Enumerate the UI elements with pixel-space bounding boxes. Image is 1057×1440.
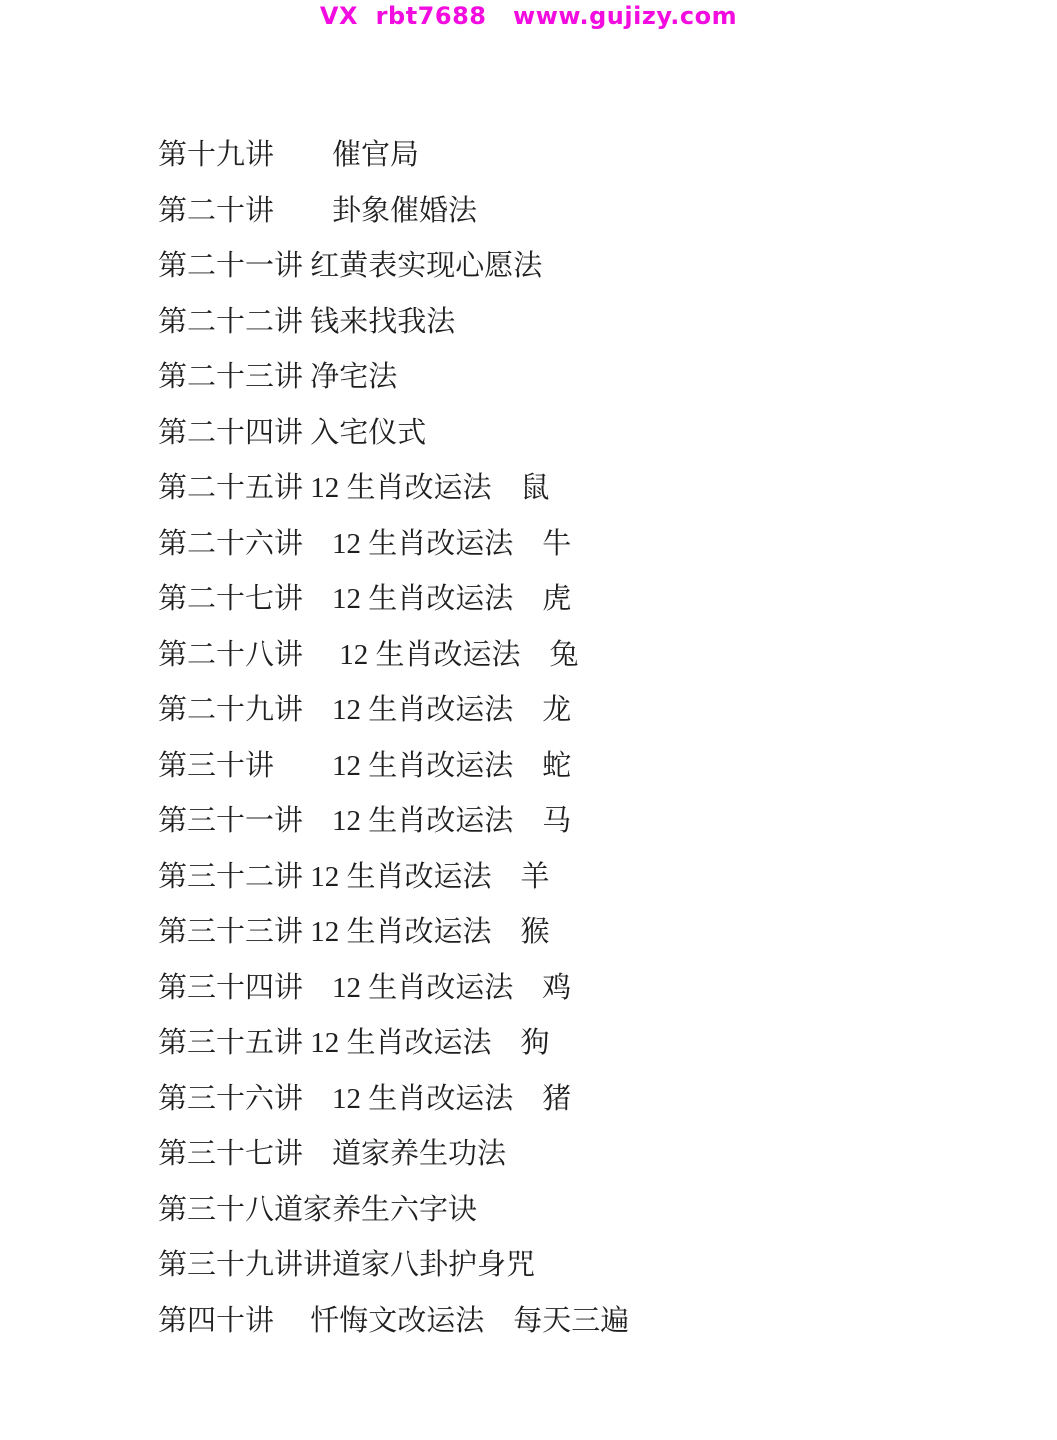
toc-entry: 第三十三讲 12 生肖改运法 猴 [158,905,1018,961]
toc-entry: 第三十五讲 12 生肖改运法 狗 [158,1016,1018,1072]
toc-entry: 第三十九讲讲道家八卦护身咒 [158,1238,1018,1294]
toc-entry: 第二十一讲 红黄表实现心愿法 [158,239,1018,295]
page: VX rbt7688 www.gujizy.com 第十九讲 催官局 第二十讲 … [0,0,1057,1440]
toc-list: 第十九讲 催官局 第二十讲 卦象催婚法 第二十一讲 红黄表实现心愿法 第二十二讲… [158,128,1018,1349]
toc-entry: 第三十八道家养生六字诀 [158,1183,1018,1239]
toc-entry: 第三十讲 12 生肖改运法 蛇 [158,739,1018,795]
toc-entry: 第二十讲 卦象催婚法 [158,184,1018,240]
toc-entry: 第三十一讲 12 生肖改运法 马 [158,794,1018,850]
toc-entry: 第三十七讲 道家养生功法 [158,1127,1018,1183]
toc-entry: 第二十三讲 净宅法 [158,350,1018,406]
toc-entry: 第三十六讲 12 生肖改运法 猪 [158,1072,1018,1128]
toc-entry: 第四十讲 忏悔文改运法 每天三遍 [158,1294,1018,1350]
toc-entry: 第二十六讲 12 生肖改运法 牛 [158,517,1018,573]
toc-entry: 第二十二讲 钱来找我法 [158,295,1018,351]
toc-entry: 第十九讲 催官局 [158,128,1018,184]
watermark-text: VX rbt7688 www.gujizy.com [0,2,1057,30]
toc-entry: 第三十四讲 12 生肖改运法 鸡 [158,961,1018,1017]
toc-entry: 第二十八讲 12 生肖改运法 兔 [158,628,1018,684]
toc-entry: 第三十二讲 12 生肖改运法 羊 [158,850,1018,906]
toc-entry: 第二十四讲 入宅仪式 [158,406,1018,462]
toc-entry: 第二十五讲 12 生肖改运法 鼠 [158,461,1018,517]
toc-entry: 第二十七讲 12 生肖改运法 虎 [158,572,1018,628]
toc-entry: 第二十九讲 12 生肖改运法 龙 [158,683,1018,739]
